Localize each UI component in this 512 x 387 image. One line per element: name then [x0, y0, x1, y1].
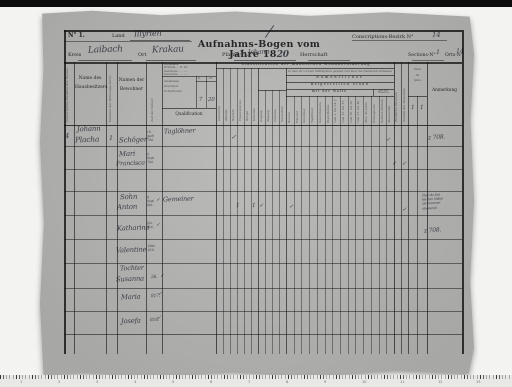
reserve-line: Reserve — [374, 92, 393, 95]
row5-birth-date: Jän. 814. — [147, 221, 154, 230]
grid-line-vertical — [223, 68, 224, 354]
grid-line-horizontal — [146, 60, 196, 61]
title-year-handwritten: 20 — [277, 50, 289, 60]
row8-name: Maria — [121, 294, 141, 302]
grid-line-horizontal — [64, 30, 462, 32]
ruler-number: 13 — [476, 380, 480, 384]
classification-namentlicher: Namentlicher — [288, 76, 392, 80]
marriages-line: Jahre — [409, 78, 426, 84]
column-header-vertical-label: Gestorbne — [281, 93, 284, 122]
row4-name-first: Sohn — [120, 194, 137, 202]
conscription-district-value: 14 — [432, 32, 441, 40]
grid-line-vertical — [371, 96, 372, 354]
pfarre-label: Pfarre — [222, 53, 238, 59]
grid-line-vertical — [317, 96, 318, 354]
ruler-tick-marks — [0, 375, 512, 379]
grid-line-horizontal — [286, 89, 394, 90]
row1-birth-date: 16. April 794. — [147, 130, 154, 143]
fl-column-label: fl. — [198, 77, 201, 80]
grid-line-vertical — [216, 62, 217, 354]
ruler-number: 3 — [96, 380, 98, 384]
grid-line-vertical — [332, 96, 333, 354]
ruler-number: 5 — [172, 380, 174, 384]
row4-right-check: ✓ — [402, 207, 407, 213]
grid-line-vertical — [309, 96, 310, 354]
grid-line-vertical — [340, 96, 341, 354]
sections-number-label: Sections-N° — [408, 53, 436, 58]
ort-value: Krakau — [152, 45, 184, 56]
ruler-number: 10 — [362, 380, 366, 384]
grid-line-horizontal — [352, 40, 447, 41]
row1-qualification: Taglöhner — [164, 127, 196, 135]
grid-line-vertical — [408, 62, 409, 354]
grid-line-vertical — [394, 62, 395, 354]
tax-box-top-lines: Behauste: Gründe . . fl. kr. Gebäude . .… — [164, 63, 214, 76]
grid-line-vertical — [348, 96, 349, 354]
classification-title: Classification der männlichen Wohnbevölk… — [218, 63, 394, 67]
column-header-vertical-label: Abgang — [267, 93, 270, 122]
grid-line-vertical — [230, 68, 231, 354]
date-line: 816. — [148, 248, 155, 252]
grid-line-horizontal — [234, 60, 296, 61]
row7-date: 26. — [151, 276, 158, 281]
ruler-number: 7 — [248, 380, 250, 384]
row1-class-check: ✓ — [231, 134, 236, 141]
kreis-value: Laibach — [88, 45, 123, 56]
grid-line-vertical — [244, 68, 245, 354]
column-header-vertical-label: Dienstboten — [327, 99, 330, 123]
marriages-mark-1: 1 — [411, 105, 415, 112]
total-column-label: Summe der Bewohner — [403, 64, 406, 122]
ort-label: Ort — [138, 53, 147, 59]
row1-remark: z 708. — [428, 134, 446, 142]
scanned-document-page: N° 1. Land Illyrien Aufnahms-Bogen vom J… — [0, 0, 512, 387]
grid-line-horizontal — [412, 60, 444, 61]
column-header-vertical-label: Häusler — [296, 99, 299, 123]
grid-line-vertical — [74, 62, 75, 354]
row9-check: ✓ — [157, 316, 161, 322]
grid-line-vertical — [258, 68, 259, 354]
grid-line-horizontal — [64, 215, 462, 216]
pfarre-value: S. Johann — [240, 48, 270, 56]
grid-line-vertical — [279, 90, 280, 354]
row2-name-first: Mari — [119, 151, 135, 159]
column-header-vertical-label: vom 27. bis 40. Jahre — [357, 99, 360, 123]
land-label: Land — [112, 34, 125, 40]
row2-birth-date: 6. Sept. 794. — [147, 152, 155, 165]
birth-date-column-label: Zeit der Geburt — [151, 64, 154, 122]
ruler-number: 1 — [20, 380, 22, 384]
grid-line-vertical — [417, 96, 418, 354]
ruler-number: 8 — [286, 380, 288, 384]
ruler-number: 6 — [210, 380, 212, 384]
sections-number-value: 1 — [436, 49, 440, 56]
sum-fl-value: 7 — [199, 97, 203, 103]
row2-check-2: ✓ — [402, 161, 407, 167]
tax-box-sub-left-lines: Ansässige Inwohner Schutzverw. — [164, 79, 196, 93]
classification-subtitle: In dem im vorigen Militärjahre gedient u… — [288, 70, 392, 73]
grid-line-vertical — [294, 96, 295, 354]
grid-line-vertical — [386, 96, 387, 354]
grid-line-horizontal — [64, 62, 462, 64]
column-header-vertical-label: Geborne — [274, 93, 277, 122]
column-header-vertical-label: Taglöhner — [311, 99, 314, 123]
grid-line-horizontal — [130, 40, 190, 41]
herrschaft-label: Herrschaft — [300, 53, 328, 59]
grid-line-horizontal — [64, 263, 462, 264]
kr-column-label: kr. — [209, 77, 213, 80]
grid-line-vertical — [355, 96, 356, 354]
column-header-vertical-label: Inwohner — [303, 99, 306, 123]
grid-line-vertical — [265, 90, 266, 354]
grid-line-vertical — [363, 96, 364, 354]
grid-line-horizontal — [64, 169, 462, 170]
column-header-vertical-label: Abwesende — [388, 99, 391, 123]
grid-line-vertical — [162, 62, 163, 354]
grid-line-horizontal — [78, 60, 132, 61]
row4-mark-2: 1 — [252, 203, 256, 210]
row1-owner-last: Placha — [75, 136, 99, 145]
row7-name-second: Susanna — [116, 276, 144, 284]
row1-dwelling-no: 1 — [109, 135, 113, 142]
house-owner-column-label: Name des Hausbesitzers — [75, 75, 105, 92]
column-header-vertical-label: Zeitlich Befreite — [381, 99, 384, 123]
column-header-vertical-label: Bürger — [246, 71, 249, 121]
grid-line-vertical — [462, 30, 464, 354]
grid-line-horizontal — [162, 108, 216, 109]
column-header-vertical-label: über 40 Jahre — [365, 99, 368, 123]
grid-line-vertical — [325, 96, 326, 354]
column-header-vertical-label: Zugang — [260, 93, 263, 122]
grid-line-horizontal — [64, 311, 462, 312]
row4-mark-3: ✓ — [259, 203, 264, 209]
column-header-vertical-label: vom 18. bis 26. Jahre — [350, 99, 353, 123]
grid-line-vertical — [373, 89, 374, 96]
grid-line-vertical — [427, 62, 428, 354]
grid-line-vertical — [106, 62, 107, 354]
column-header-vertical-label: Honoratioren — [239, 71, 242, 121]
grid-line-vertical — [64, 30, 66, 354]
grid-line-vertical — [196, 76, 197, 108]
dwelling-number-column-label: Nummer der Wohnungs-Partei — [109, 64, 112, 122]
date-line: 814. — [147, 225, 153, 229]
grid-line-horizontal — [64, 239, 462, 240]
grid-line-vertical — [251, 68, 252, 354]
form-number: N° 1. — [68, 33, 85, 40]
marriages-mark-2: 1 — [420, 105, 424, 112]
grid-line-horizontal — [216, 68, 394, 69]
grid-line-horizontal — [64, 146, 462, 147]
ruler-number: 12 — [438, 380, 442, 384]
column-header-vertical-label: Bauern — [288, 99, 291, 123]
grid-line-vertical — [286, 68, 287, 354]
grid-line-vertical — [117, 62, 118, 354]
ruler-number: 9 — [324, 380, 326, 384]
grid-line-horizontal — [162, 76, 216, 77]
ruler-number: 4 — [134, 380, 136, 384]
grid-line-horizontal — [64, 288, 462, 289]
column-header-vertical-label: vom 1. bis 14. Jahre — [334, 99, 337, 123]
column-header-vertical-label: Untaugliche — [373, 99, 376, 123]
remarks-column-label: Anmerkung — [428, 88, 461, 93]
grid-line-horizontal — [64, 191, 462, 192]
grid-line-vertical — [301, 96, 302, 354]
scanner-bed-top-bar — [0, 0, 512, 7]
date-line: 794. — [147, 160, 155, 164]
column-header-vertical-label: Geistliche — [218, 71, 221, 121]
grid-line-vertical — [206, 76, 207, 108]
classification-reserve: bei der Reserve — [374, 90, 393, 96]
classification-beigestellt: Beigestellten Stand — [288, 83, 392, 87]
row1-owner-first: Johann — [77, 126, 101, 135]
row4-date-check: ✓ — [156, 198, 160, 204]
row4-name-second: Anton — [117, 204, 137, 212]
date-line: 801. — [147, 203, 155, 207]
row7-name-first: Tochter — [120, 265, 144, 273]
ruler-number: 11 — [400, 380, 404, 384]
row6-birth-date: Febr. 816. — [148, 244, 155, 253]
classification-mit-waffe: mit der Waffe — [288, 90, 371, 94]
measuring-ruler: 12345678910111213 — [0, 375, 512, 387]
row2-name-second: Francisca — [116, 160, 145, 168]
grid-line-vertical — [237, 68, 238, 354]
house-number-column-label: Conscriptions-Nummer des Hauses — [66, 64, 69, 122]
grid-line-horizontal — [64, 41, 192, 42]
grid-line-horizontal — [64, 334, 462, 335]
grid-line-horizontal — [286, 82, 394, 83]
marriages-box: Ehen im Jahre — [409, 67, 426, 84]
row6-name: Valentine — [116, 246, 147, 255]
grid-line-vertical — [146, 62, 147, 354]
date-line: 794. — [147, 138, 154, 142]
tax-sub-line: Schutzverw. — [164, 89, 196, 94]
qualification-label: Qualification — [163, 112, 215, 117]
inhabitants-column-label: Namen der Bewohner — [118, 77, 145, 94]
grid-line-vertical — [401, 62, 402, 354]
row9-name: Josefa — [121, 318, 141, 326]
kreis-label: Kreis — [68, 53, 81, 59]
column-header-vertical-label: Beamte — [232, 71, 235, 121]
column-header-vertical-label: Gewerbsleute — [319, 99, 322, 123]
row5-date-check: ✓ — [156, 223, 160, 229]
row5-name: Katharina — [117, 224, 150, 233]
row4-birth-date: 4. Sept. 801. — [147, 195, 155, 208]
grid-line-vertical — [379, 96, 380, 354]
grid-line-horizontal — [308, 60, 350, 61]
grid-line-vertical — [272, 90, 273, 354]
column-header-vertical-label: Künstler — [253, 71, 256, 121]
sum-kr-value: 20 — [208, 97, 215, 103]
column-header-vertical-label: Adelige — [225, 71, 228, 121]
row4-qualification: Gemeiner — [163, 195, 194, 203]
column-header-vertical-label: vom 15. bis 17. Jahre — [342, 99, 345, 123]
row4-remark-note: Über die Zeit bei dem Militär als Gemein… — [422, 192, 444, 210]
row1-inhabitant-name: Schöger — [119, 137, 147, 146]
grid-line-horizontal — [64, 125, 462, 126]
ruler-number: 2 — [58, 380, 60, 384]
female-persons-column-label: Weibliche Personen — [395, 64, 398, 122]
grid-line-horizontal — [286, 75, 394, 76]
